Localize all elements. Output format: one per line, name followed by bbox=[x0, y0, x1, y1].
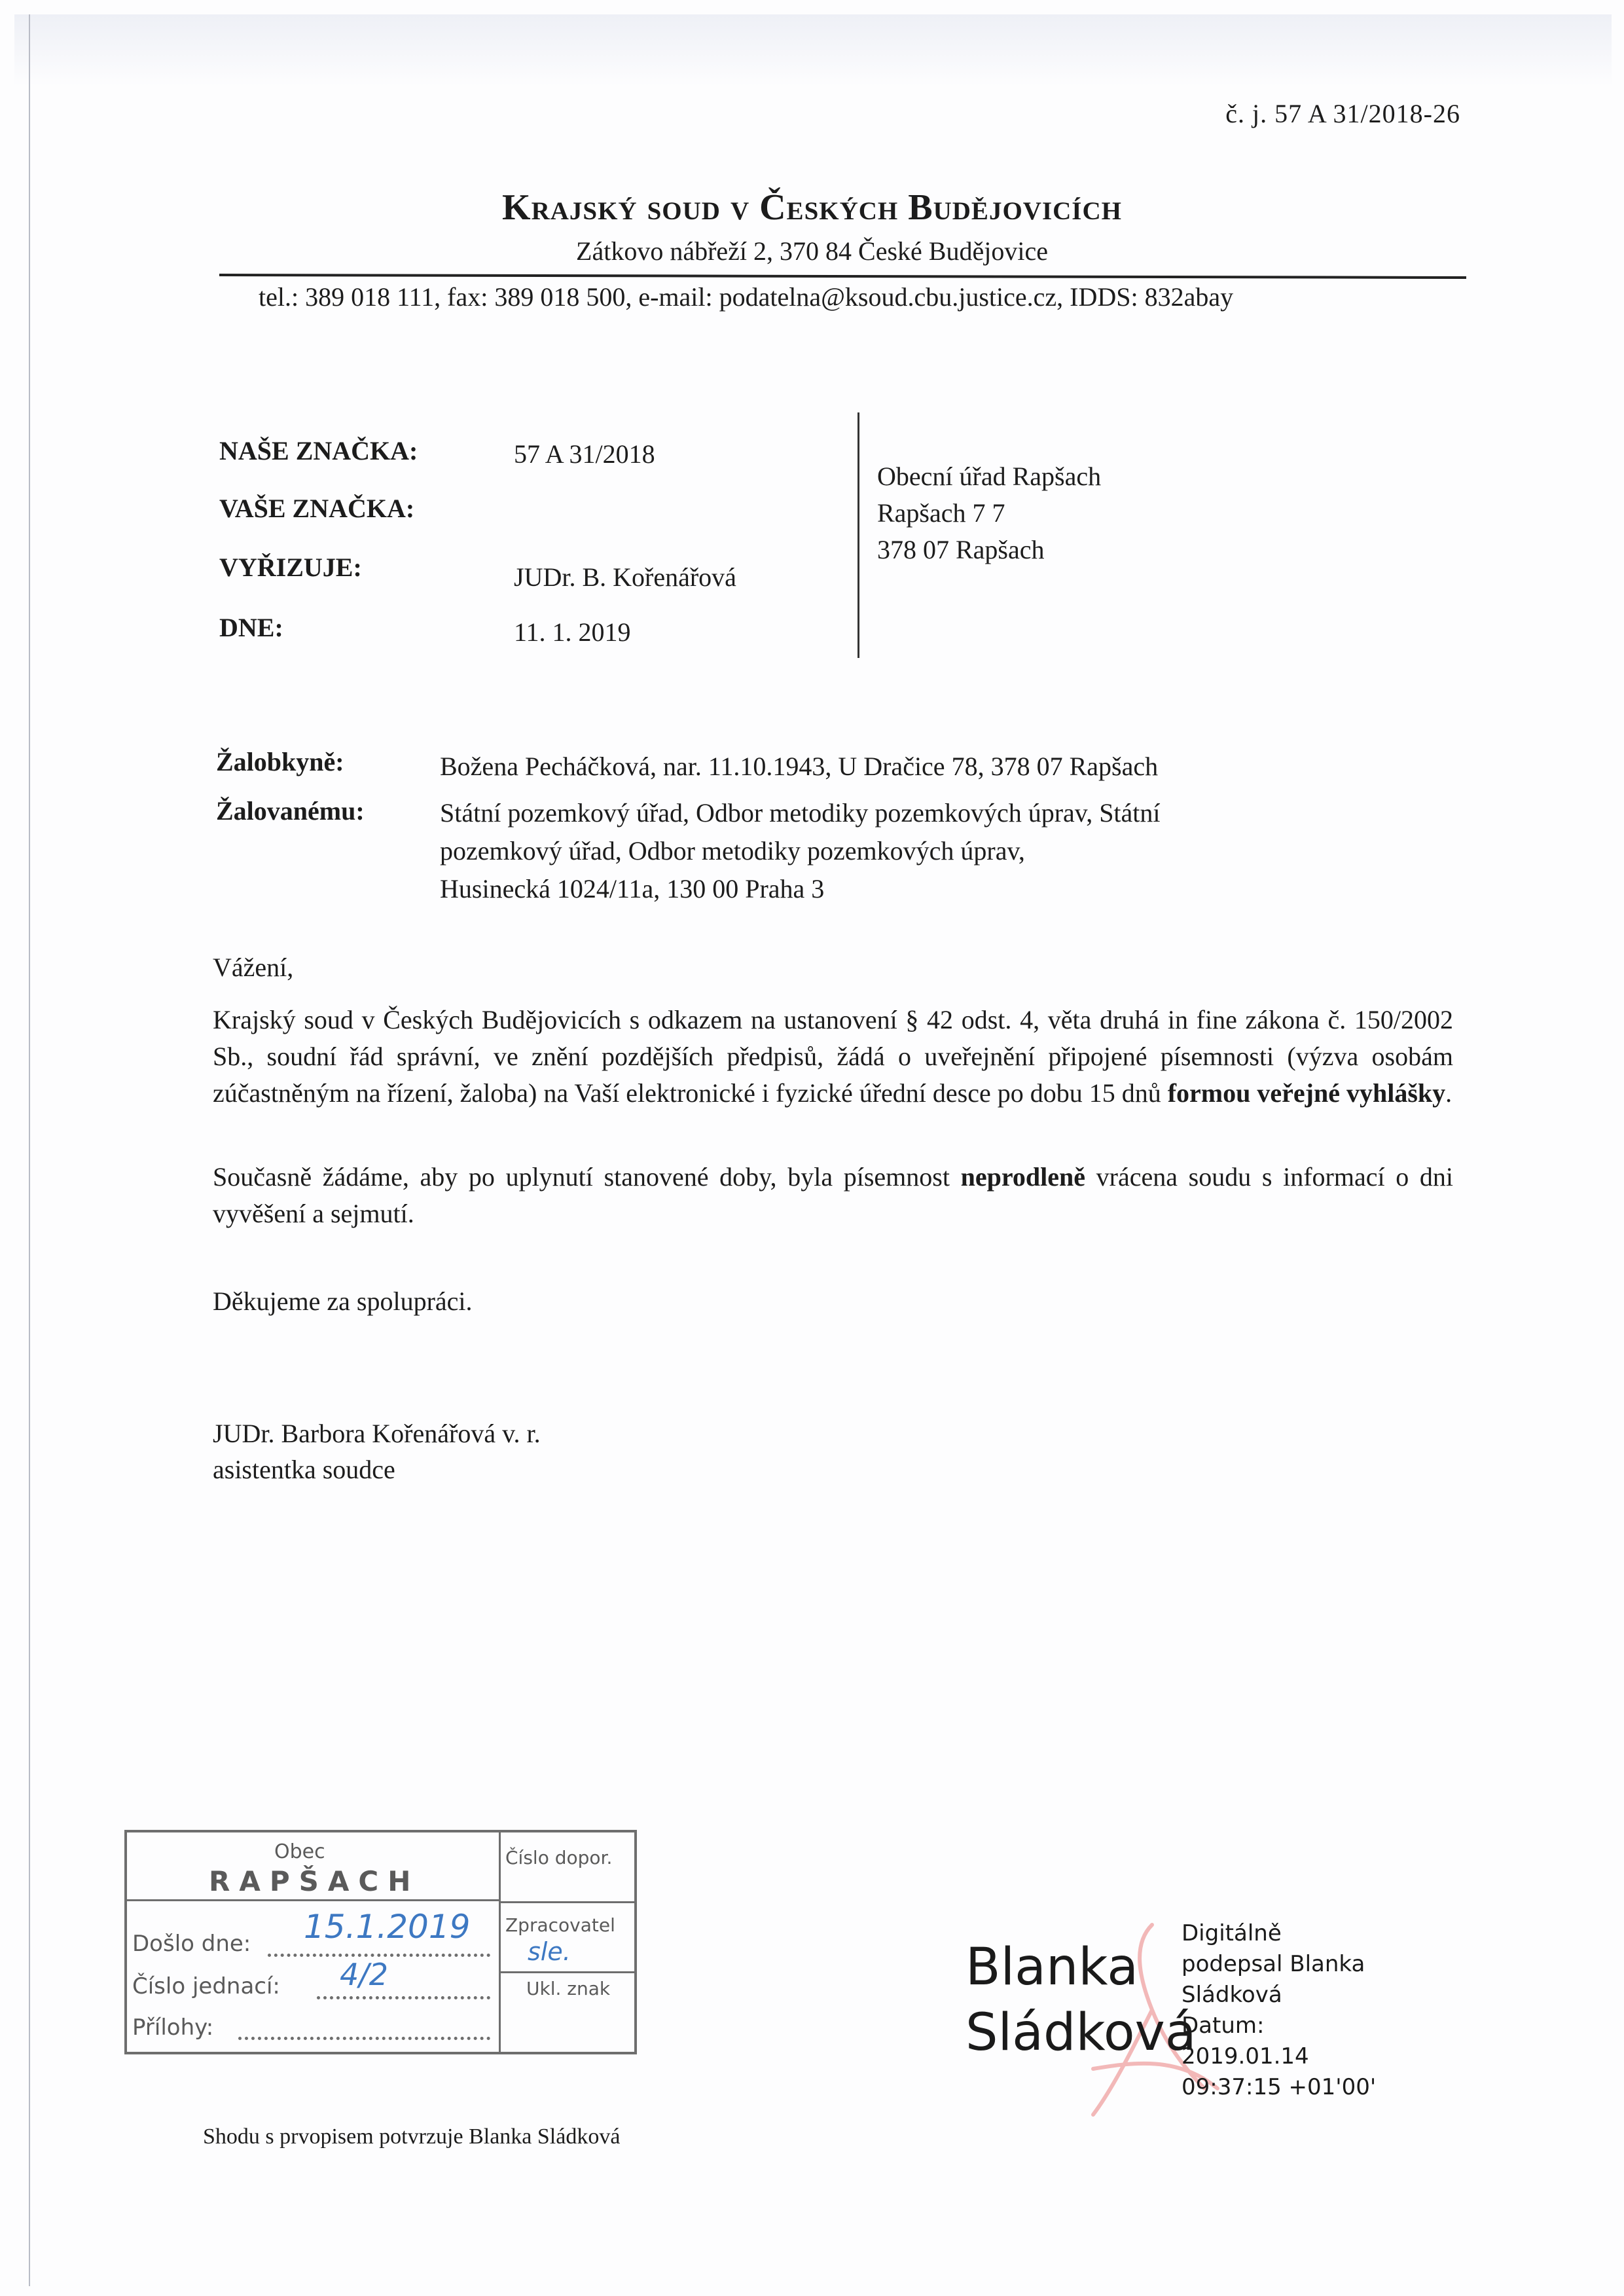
stamp-col-filing: Ukl. znak bbox=[526, 1978, 610, 1999]
stamp-number-value: 4/2 bbox=[340, 1957, 388, 1992]
court-contact: tel.: 389 018 111, fax: 389 018 500, e-m… bbox=[259, 282, 1233, 312]
plaintiff-label: Žalobkyně: bbox=[216, 746, 344, 777]
stamp-dotted-line bbox=[238, 2037, 490, 2040]
meta-value-handler: JUDr. B. Kořenářová bbox=[514, 562, 736, 592]
digital-signature-name-last: Sládková bbox=[965, 2003, 1197, 2062]
defendant-line: Státní pozemkový úřad, Odbor metodiky po… bbox=[440, 794, 1161, 832]
digital-signature-info-line: 09:37:15 +01'00' bbox=[1182, 2072, 1376, 2103]
header-rule bbox=[219, 274, 1466, 279]
meta-label-handler: VYŘIZUJE: bbox=[219, 552, 362, 583]
meta-value-our-ref: 57 A 31/2018 bbox=[514, 439, 655, 469]
closing: Děkujeme za spolupráci. bbox=[213, 1283, 1453, 1320]
footer-note: Shodu s prvopisem potvrzuje Blanka Sládk… bbox=[203, 2124, 620, 2149]
stamp-col-registered: Číslo dopor. bbox=[505, 1847, 612, 1868]
defendant-line: Husinecká 1024/11a, 130 00 Praha 3 bbox=[440, 870, 1161, 908]
recipient-address: Obecní úřad Rapšach Rapšach 7 7 378 07 R… bbox=[877, 458, 1101, 568]
digital-signature-info-line: 2019.01.14 bbox=[1182, 2041, 1376, 2072]
digital-signature-info-line: Datum: bbox=[1182, 2011, 1376, 2041]
stamp-dotted-line bbox=[317, 1996, 490, 1999]
receipt-stamp: Obec RAPŠACH Došlo dne: 15.1.2019 Číslo … bbox=[124, 1830, 637, 2054]
digital-signature-info-line: Sládková bbox=[1182, 1980, 1376, 2011]
stamp-divider bbox=[127, 1899, 499, 1901]
stamp-attachments-label: Přílohy: bbox=[132, 2014, 213, 2041]
stamp-received-value: 15.1.2019 bbox=[304, 1908, 470, 1946]
defendant-label: Žalovanému: bbox=[216, 795, 365, 826]
stamp-divider bbox=[499, 1832, 501, 2052]
digital-signature-info: Digitálně podepsal Blanka Sládková Datum… bbox=[1182, 1918, 1376, 2103]
paragraph-2: Současně žádáme, aby po uplynutí stanove… bbox=[213, 1159, 1453, 1232]
digital-signature-name-first: Blanka bbox=[965, 1938, 1138, 1997]
recipient-line: 378 07 Rapšach bbox=[877, 532, 1101, 568]
stamp-header-small: Obec bbox=[274, 1840, 325, 1863]
court-name: Krajský soud v Českých Budějovicích bbox=[0, 187, 1624, 228]
scan-edge-line bbox=[29, 14, 30, 2286]
defendant-line: pozemkový úřad, Odbor metodiky pozemkový… bbox=[440, 832, 1161, 870]
meta-value-date: 11. 1. 2019 bbox=[514, 617, 631, 647]
stamp-divider bbox=[499, 1971, 634, 1973]
meta-label-date: DNE: bbox=[219, 612, 283, 643]
stamp-number-label: Číslo jednací: bbox=[132, 1973, 280, 1999]
stamp-divider bbox=[499, 1901, 634, 1903]
meta-label-our-ref: NAŠE ZNAČKA: bbox=[219, 435, 418, 466]
paragraph-2-text: Současně žádáme, aby po uplynutí stanove… bbox=[213, 1162, 961, 1192]
signature-role: asistentka soudce bbox=[213, 1453, 395, 1486]
plaintiff-value: Božena Pecháčková, nar. 11.10.1943, U Dr… bbox=[440, 748, 1158, 786]
paragraph-1-end: . bbox=[1445, 1078, 1452, 1108]
paragraph-1: Krajský soud v Českých Budějovicích s od… bbox=[213, 1002, 1453, 1112]
paragraph-1-emphasis: formou veřejné vyhlášky bbox=[1168, 1078, 1445, 1108]
defendant-value: Státní pozemkový úřad, Odbor metodiky po… bbox=[440, 794, 1161, 908]
digital-signature-info-line: podepsal Blanka bbox=[1182, 1949, 1376, 1980]
meta-label-your-ref: VAŠE ZNAČKA: bbox=[219, 493, 414, 524]
stamp-received-label: Došlo dne: bbox=[132, 1931, 251, 1957]
stamp-header-big: RAPŠACH bbox=[209, 1865, 420, 1897]
stamp-col-processor: Zpracovatel bbox=[505, 1914, 615, 1936]
recipient-line: Rapšach 7 7 bbox=[877, 495, 1101, 532]
scan-shadow bbox=[14, 14, 1612, 86]
digital-signature-info-line: Digitálně bbox=[1182, 1918, 1376, 1949]
stamp-processor-value: sle. bbox=[528, 1937, 571, 1966]
court-address: Zátkovo nábřeží 2, 370 84 České Budějovi… bbox=[0, 236, 1624, 266]
salutation: Vážení, bbox=[213, 949, 1453, 986]
reference-number: č. j. 57 A 31/2018-26 bbox=[1225, 98, 1460, 129]
meta-divider bbox=[857, 412, 859, 658]
recipient-line: Obecní úřad Rapšach bbox=[877, 458, 1101, 495]
signature-name: JUDr. Barbora Kořenářová v. r. bbox=[213, 1417, 541, 1450]
paragraph-2-emphasis: neprodleně bbox=[961, 1162, 1085, 1192]
